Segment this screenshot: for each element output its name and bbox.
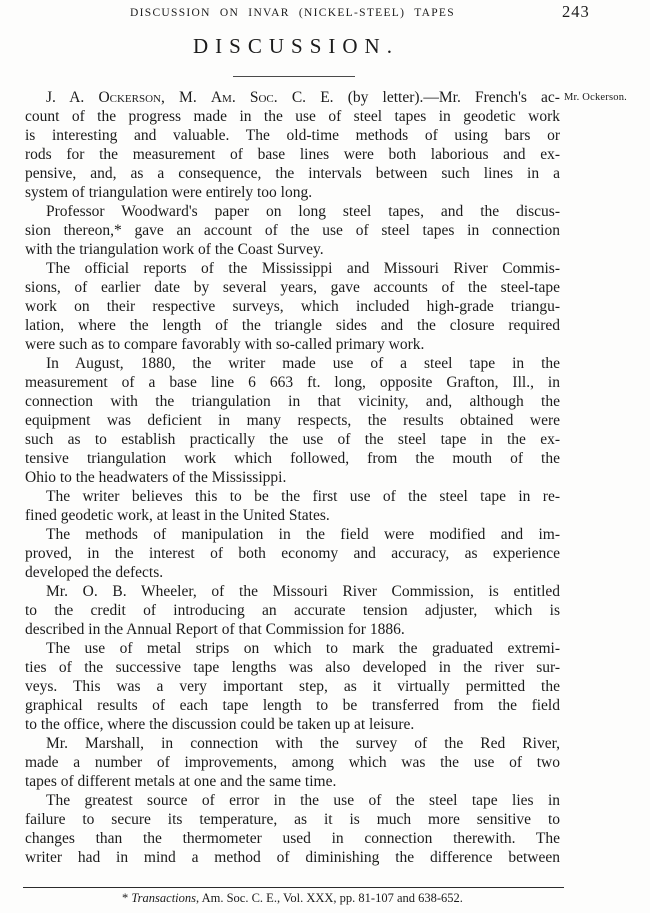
body-text: J. A. Ockerson, M. Am. Soc. C. E. (by le… (25, 88, 560, 867)
footnote: * Transactions, Am. Soc. C. E., Vol. XXX… (25, 891, 560, 906)
paragraph: Mr. O. B. Wheeler, of the Missouri River… (25, 582, 560, 639)
text-segment: C. E. (by letter).—Mr. French's ac- (278, 89, 560, 106)
text-segment: , M. (161, 89, 211, 106)
title-rule-divider (233, 76, 355, 77)
text-line: lation, where the length of the triangle… (25, 316, 560, 335)
small-caps-name: Am. Soc. (211, 89, 278, 106)
text-line: Mr. Marshall, in connection with the sur… (25, 734, 560, 753)
text-line: connection with the triangulation in tha… (25, 392, 560, 411)
text-line: failure to secure its temperature, as it… (25, 810, 560, 829)
text-line: count of the progress made in the use of… (25, 107, 560, 126)
text-line: Ohio to the headwaters of the Mississipp… (25, 468, 560, 487)
text-line: In August, 1880, the writer made use of … (25, 354, 560, 373)
text-line: made a number of improvements, among whi… (25, 753, 560, 772)
section-title: DISCUSSION. (25, 34, 560, 59)
paragraph: In August, 1880, the writer made use of … (25, 354, 560, 487)
text-line: writer had in mind a method of diminishi… (25, 848, 560, 867)
text-line: tapes of different metals at one and the… (25, 772, 560, 791)
running-head-text: DISCUSSION ON INVAR (NICKEL-STEEL) TAPES (130, 7, 455, 19)
footnote-work-title: Transactions (131, 891, 196, 905)
text-line: rods for the measurement of base lines w… (25, 145, 560, 164)
text-line: Professor Woodward's paper on long steel… (25, 202, 560, 221)
text-line: work on their respective surveys, which … (25, 297, 560, 316)
footnote-reference: , Am. Soc. C. E., Vol. XXX, pp. 81-107 a… (196, 891, 463, 905)
text-line: to the office, where the discussion coul… (25, 715, 560, 734)
text-line: fined geodetic work, at least in the Uni… (25, 506, 560, 525)
footnote-rule-divider (23, 887, 564, 888)
text-line: proved, in the interest of both economy … (25, 544, 560, 563)
text-line: such as to establish practically the use… (25, 430, 560, 449)
text-line: were such as to compare favorably with s… (25, 335, 560, 354)
paragraph: The official reports of the Mississippi … (25, 259, 560, 354)
text-line: veys. This was a very important step, as… (25, 677, 560, 696)
text-line: sions, of earlier date by several years,… (25, 278, 560, 297)
text-line: with the triangulation work of the Coast… (25, 240, 560, 259)
paragraph: The methods of manipulation in the field… (25, 525, 560, 582)
text-line: measurement of a base line 6 663 ft. lon… (25, 373, 560, 392)
small-caps-name: Ockerson (98, 89, 161, 106)
page-number: 243 (562, 2, 602, 22)
text-segment: J. A. (46, 89, 98, 106)
text-line: The methods of manipulation in the field… (25, 525, 560, 544)
running-head: DISCUSSION ON INVAR (NICKEL-STEEL) TAPES (25, 5, 560, 20)
text-line: Mr. O. B. Wheeler, of the Missouri River… (25, 582, 560, 601)
text-line: pensive, and, as a consequence, the inte… (25, 164, 560, 183)
paragraph: Professor Woodward's paper on long steel… (25, 202, 560, 259)
text-line: The official reports of the Mississippi … (25, 259, 560, 278)
paragraph: The use of metal strips on which to mark… (25, 639, 560, 734)
text-line: system of triangulation were entirely to… (25, 183, 560, 202)
text-line: The writer believes this to be the first… (25, 487, 560, 506)
text-line: ties of the successive tape lengths was … (25, 658, 560, 677)
paragraph: The greatest source of error in the use … (25, 791, 560, 867)
paragraph: J. A. Ockerson, M. Am. Soc. C. E. (by le… (25, 88, 560, 202)
text-line: to the credit of introducing an accurate… (25, 601, 560, 620)
text-line: described in the Annual Report of that C… (25, 620, 560, 639)
text-line: J. A. Ockerson, M. Am. Soc. C. E. (by le… (25, 88, 560, 107)
text-line: developed the defects. (25, 563, 560, 582)
text-line: graphical results of each tape length to… (25, 696, 560, 715)
text-line: changes than the thermometer used in con… (25, 829, 560, 848)
text-line: is interesting and valuable. The old-tim… (25, 126, 560, 145)
paragraph: Mr. Marshall, in connection with the sur… (25, 734, 560, 791)
margin-note: Mr. Ockerson. (564, 92, 650, 103)
text-line: The use of metal strips on which to mark… (25, 639, 560, 658)
text-line: equipment was deficient in many respects… (25, 411, 560, 430)
text-line: tensive triangulation work which followe… (25, 449, 560, 468)
text-line: sion thereon,* gave an account of the us… (25, 221, 560, 240)
paragraph: The writer believes this to be the first… (25, 487, 560, 525)
text-line: The greatest source of error in the use … (25, 791, 560, 810)
book-page: DISCUSSION ON INVAR (NICKEL-STEEL) TAPES… (0, 0, 650, 913)
